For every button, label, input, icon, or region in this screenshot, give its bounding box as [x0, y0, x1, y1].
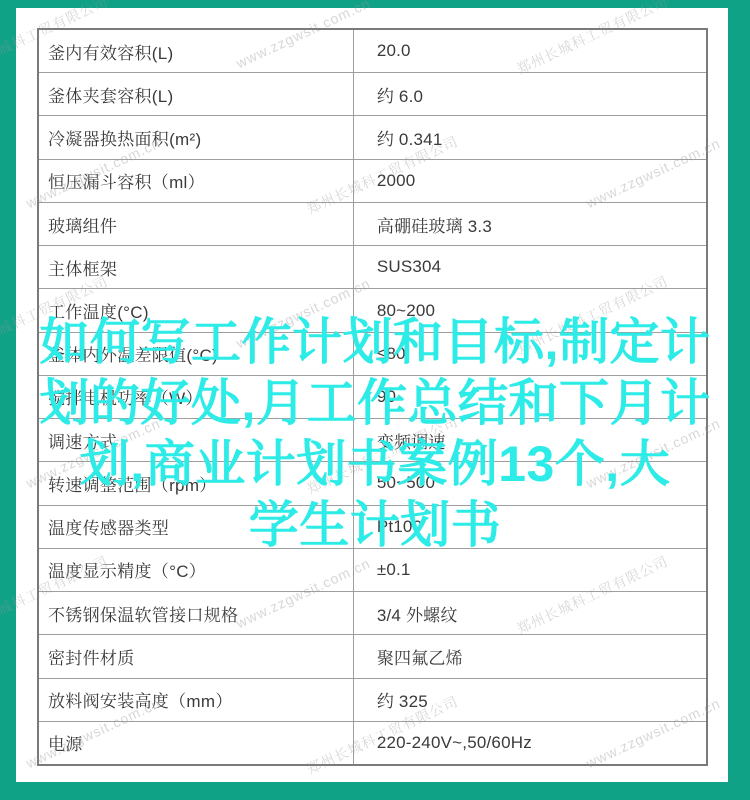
seo-overlay-text: 如何写工作计划和目标,制定计 划的好处,月工作总结和下月计 划,商业计划书案例1…	[0, 312, 750, 556]
seo-overlay-line: 划,商业计划书案例13个,大	[0, 434, 750, 495]
spec-label: 密封件材质	[39, 635, 354, 677]
spec-value: 220-240V~,50/60Hz	[354, 722, 706, 764]
spec-value: 3/4 外螺纹	[354, 592, 706, 634]
seo-overlay-line: 划的好处,月工作总结和下月计	[0, 373, 750, 434]
spec-label: 电源	[39, 722, 354, 764]
spec-value: 高硼硅玻璃 3.3	[354, 203, 706, 245]
spec-value: 20.0	[354, 30, 706, 72]
spec-label: 釜内有效容积(L)	[39, 30, 354, 72]
spec-value: 约 0.341	[354, 116, 706, 158]
table-row: 玻璃组件高硼硅玻璃 3.3	[39, 202, 706, 245]
table-row: 釜内有效容积(L)20.0	[39, 30, 706, 72]
seo-overlay-line: 如何写工作计划和目标,制定计	[0, 312, 750, 373]
spec-value: 约 325	[354, 679, 706, 721]
spec-label: 冷凝器换热面积(m²)	[39, 116, 354, 158]
table-row: 放料阀安装高度（mm）约 325	[39, 678, 706, 721]
spec-value: SUS304	[354, 246, 706, 288]
spec-label: 主体框架	[39, 246, 354, 288]
spec-label: 玻璃组件	[39, 203, 354, 245]
table-row: 釜体夹套容积(L)约 6.0	[39, 72, 706, 115]
spec-label: 釜体夹套容积(L)	[39, 73, 354, 115]
spec-label: 不锈钢保温软管接口规格	[39, 592, 354, 634]
spec-value: 聚四氟乙烯	[354, 635, 706, 677]
spec-label: 放料阀安装高度（mm）	[39, 679, 354, 721]
page: { "page": { "background_color": "#10A287…	[0, 0, 750, 800]
table-row: 恒压漏斗容积（ml）2000	[39, 159, 706, 202]
spec-label: 恒压漏斗容积（ml）	[39, 160, 354, 202]
table-row: 主体框架SUS304	[39, 245, 706, 288]
table-row: 电源220-240V~,50/60Hz	[39, 721, 706, 764]
table-row: 不锈钢保温软管接口规格3/4 外螺纹	[39, 591, 706, 634]
spec-value: 约 6.0	[354, 73, 706, 115]
table-row: 密封件材质聚四氟乙烯	[39, 634, 706, 677]
seo-overlay-line: 学生计划书	[0, 495, 750, 556]
spec-value: 2000	[354, 160, 706, 202]
table-row: 冷凝器换热面积(m²)约 0.341	[39, 115, 706, 158]
